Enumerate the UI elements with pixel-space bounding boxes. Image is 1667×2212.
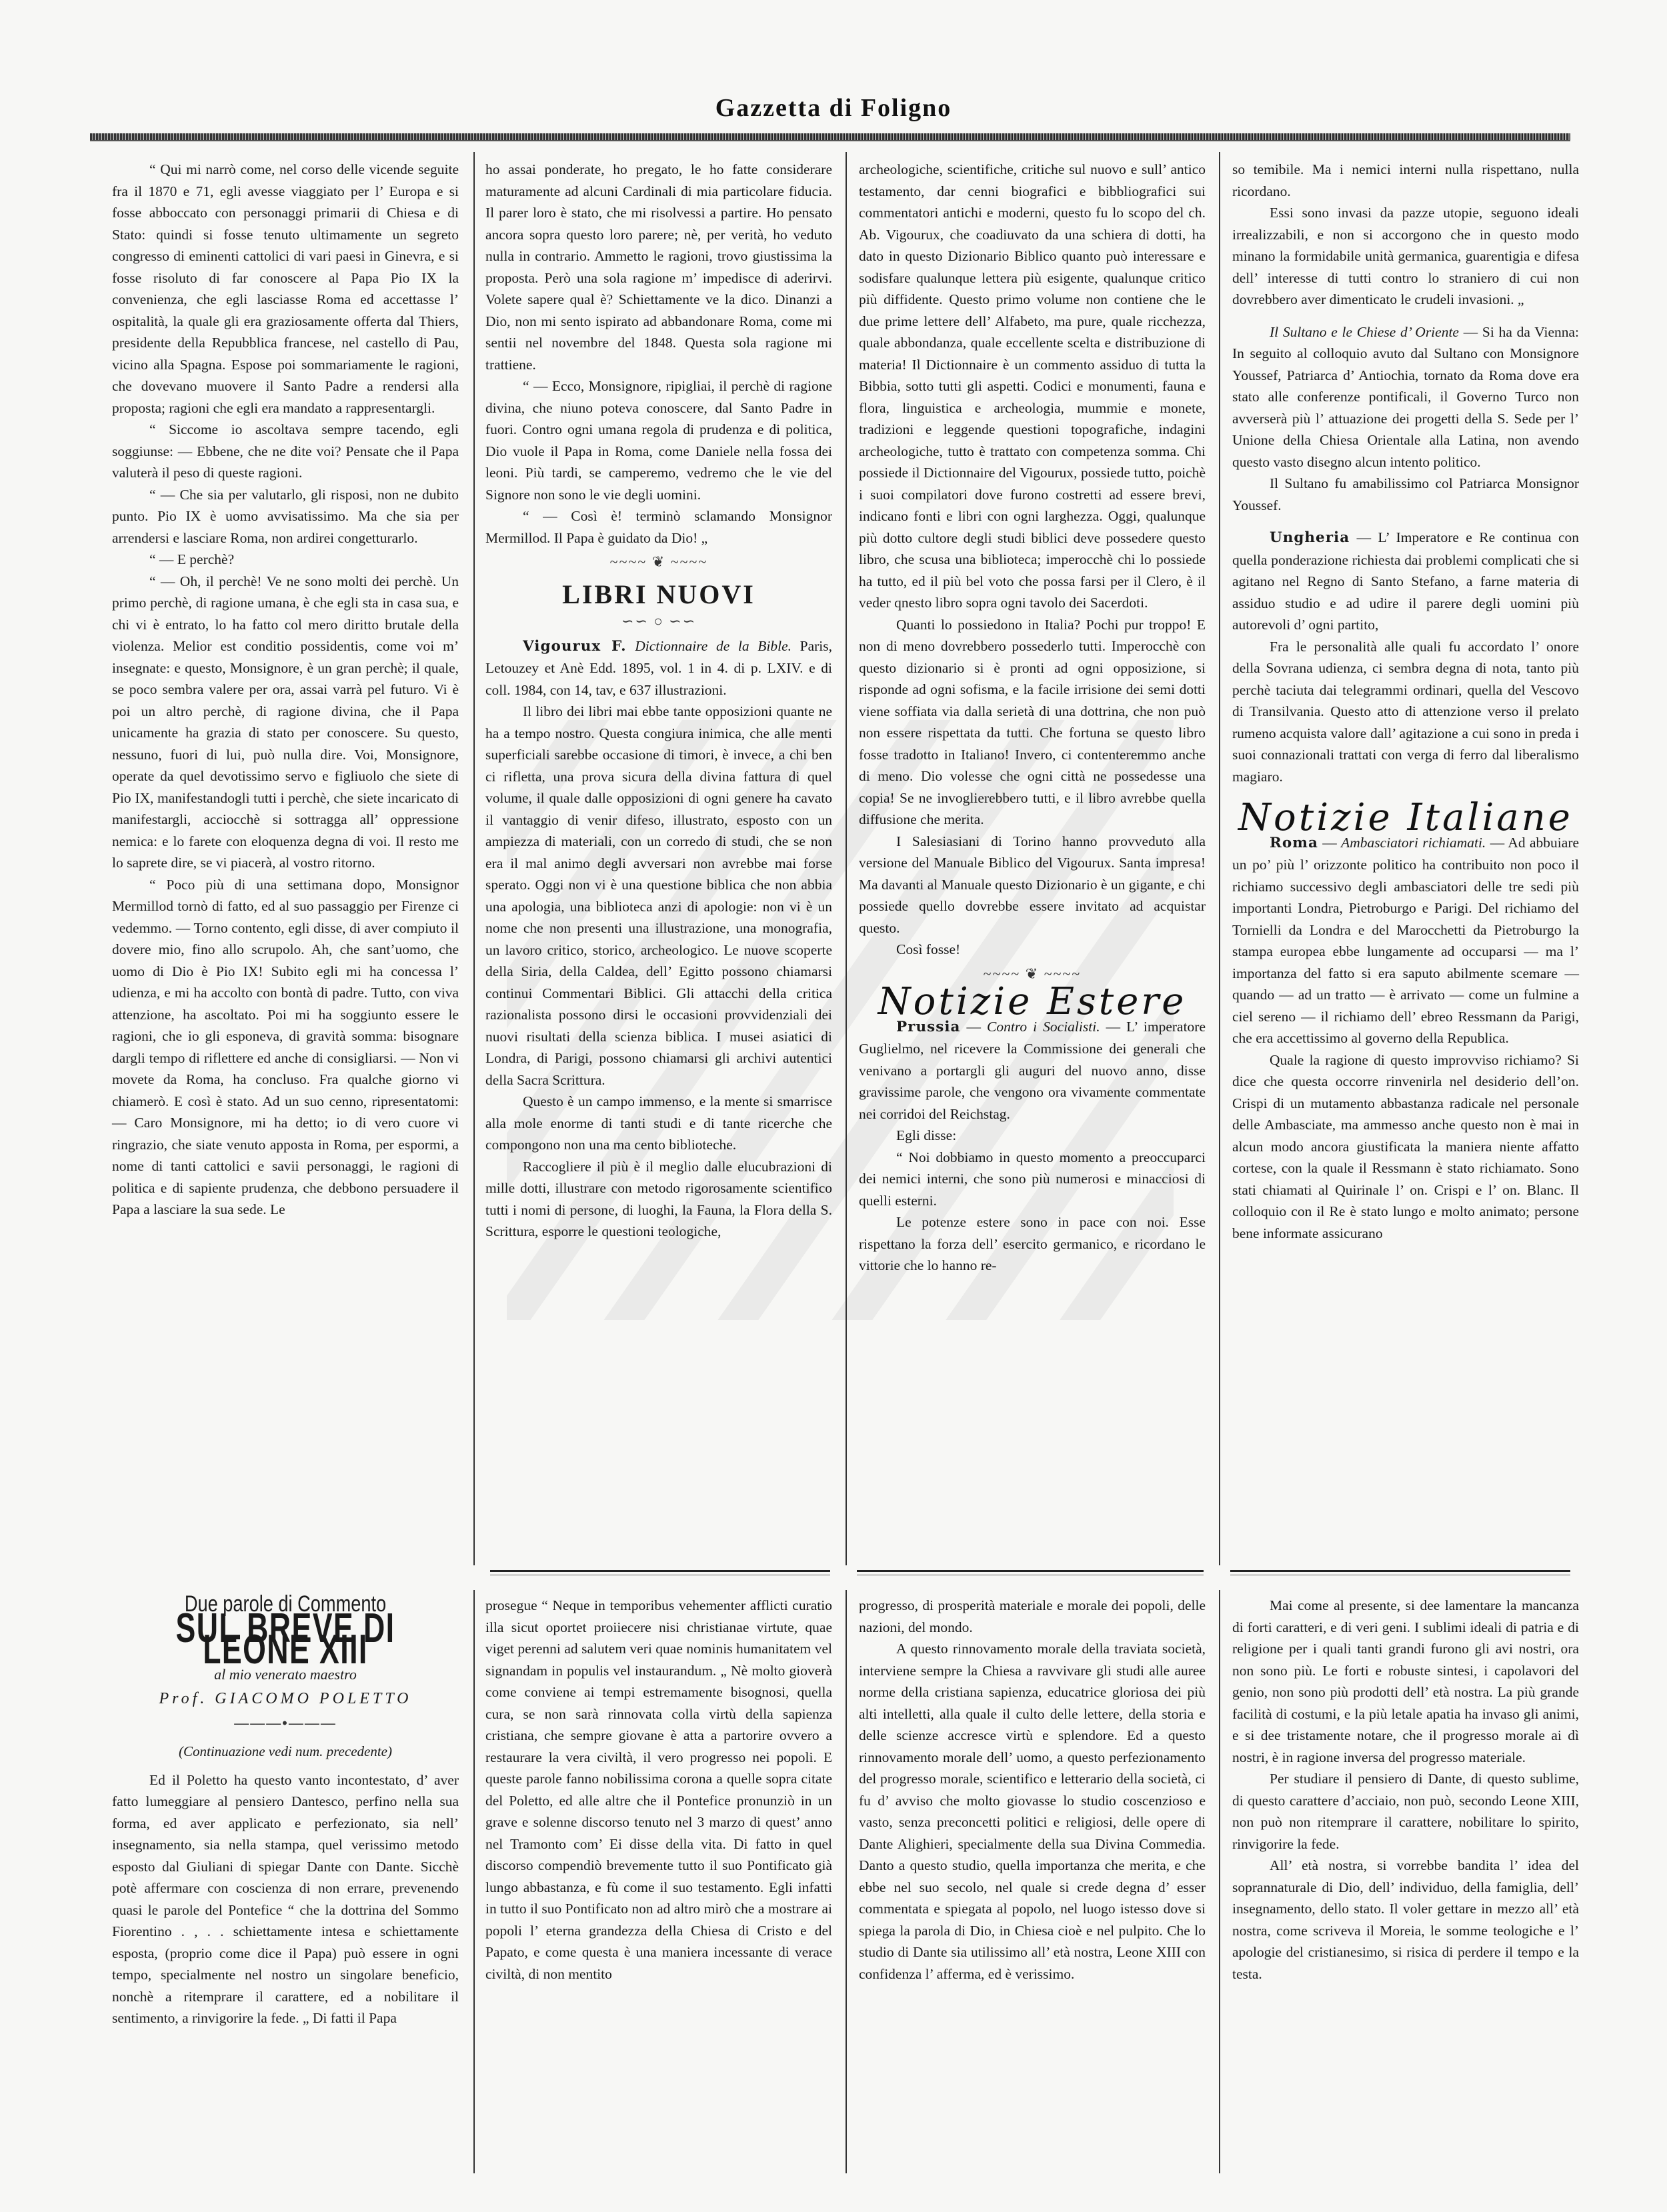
review-paragraph: Il libro dei libri mai ebbe tante opposi… <box>485 701 832 1091</box>
news-text: — Si ha da Vienna: In seguito al colloqu… <box>1232 324 1579 470</box>
article-paragraph: “ — Così è! terminò sclamando Monsignor … <box>485 505 832 549</box>
ornament-small: ∽∽ ○ ∽∽ <box>485 611 832 633</box>
column-divider <box>1219 152 1220 1565</box>
article-paragraph: “ Siccome io ascoltava sempre tacendo, e… <box>112 419 459 484</box>
feuilleton-author: Prof. GIACOMO POLETTO <box>112 1688 459 1710</box>
feuilleton-column-4: Mai come al presente, si dee lamentare l… <box>1232 1595 1579 2181</box>
feuilleton-paragraph: prosegue “ Neque in temporibus vehemente… <box>485 1595 832 1985</box>
column-1-article: “ Qui mi narrò come, nel corso delle vic… <box>112 159 459 1565</box>
column-divider <box>846 1590 847 2173</box>
review-paragraph: Questo è un campo immenso, e la mente si… <box>485 1091 832 1156</box>
feuilleton-paragraph: Mai come al presente, si dee lamentare l… <box>1232 1595 1579 1768</box>
section-rule <box>490 1570 830 1575</box>
newspaper-page: Gazzetta di Foligno “ Qui mi narrò come,… <box>0 0 1667 2212</box>
article-paragraph: “ Qui mi narrò come, nel corso delle vic… <box>112 159 459 419</box>
article-paragraph: “ — Oh, il perchè! Ve ne sono molti dei … <box>112 571 459 874</box>
review-paragraph: Raccogliere il più è il meglio dalle elu… <box>485 1156 832 1243</box>
article-paragraph: “ — Ecco, Monsignore, ripigliai, il perc… <box>485 375 832 505</box>
feuilleton-paragraph: progresso, di prosperità materiale e mor… <box>859 1595 1206 1638</box>
review-paragraph: Quanti lo possiedono in Italia? Pochi pu… <box>859 614 1206 831</box>
feuilleton-heading: Due parole di Commento SUL BREVE DI LEON… <box>112 1593 459 1763</box>
article-paragraph: ho assai ponderate, ho pregato, le ho fa… <box>485 159 832 375</box>
news-headline: Ambasciatori richiamati. <box>1341 835 1486 851</box>
news-paragraph: Il Sultano fu amabilissimo col Patriarca… <box>1232 473 1579 516</box>
article-paragraph: “ — E perchè? <box>112 549 459 571</box>
feuilleton-continuation: (Continuazione vedi num. precedente) <box>112 1741 459 1763</box>
news-item-prussia: Prussia — Contro i Socialisti. — L’ impe… <box>859 1016 1206 1125</box>
column-2-article: ho assai ponderate, ho pregato, le ho fa… <box>485 159 832 1565</box>
feuilleton-column-2: prosegue “ Neque in temporibus vehemente… <box>485 1595 832 2181</box>
news-paragraph: Quale la ragione di questo improvviso ri… <box>1232 1049 1579 1245</box>
ornament-rule: ———•——— <box>112 1713 459 1735</box>
section-rule <box>857 1570 1204 1575</box>
news-item-ungheria: Ungheria — L’ Imperatore e Re continua c… <box>1232 527 1579 636</box>
news-headline: Il Sultano e le Chiese d’ Oriente <box>1270 324 1459 340</box>
column-divider <box>846 152 847 1565</box>
feuilleton-heading-big: SUL BREVE DI LEONE XIII <box>161 1618 410 1661</box>
masthead-title: Gazzetta di Foligno <box>0 93 1667 123</box>
column-divider <box>473 1590 475 2173</box>
news-item-sultano: Il Sultano e le Chiese d’ Oriente — Si h… <box>1232 321 1579 473</box>
column-4-article: so temibile. Ma i nemici interni nulla r… <box>1232 159 1579 1565</box>
news-place: Prussia <box>896 1019 960 1035</box>
feuilleton-paragraph: Per studiare il pensiero di Dante, di qu… <box>1232 1768 1579 1855</box>
review-paragraph: I Salesiasiani di Torino hanno provvedut… <box>859 831 1206 939</box>
news-paragraph: Le potenze estere sono in pace con noi. … <box>859 1211 1206 1277</box>
section-title-notizie-estere: Notizie Estere <box>859 991 1206 1013</box>
column-3-article: archeologiche, scientifiche, critiche su… <box>859 159 1206 1565</box>
news-headline: Contro i Socialisti. <box>987 1019 1100 1035</box>
book-entry: Vigourux F. Dictionnaire de la Bible. Pa… <box>485 635 832 701</box>
review-paragraph: archeologiche, scientifiche, critiche su… <box>859 159 1206 614</box>
book-author: Vigourux F. <box>523 638 627 655</box>
book-title: Dictionnaire de la Bible. <box>635 638 791 654</box>
section-rule <box>1230 1570 1570 1575</box>
review-closing: Così fosse! <box>859 939 1206 961</box>
news-paragraph: Essi sono invasi da pazze utopie, seguon… <box>1232 202 1579 311</box>
news-text: — Ad abbuiare un po’ più l’ orizzonte po… <box>1232 835 1579 1047</box>
article-paragraph: “ Poco più di una settimana dopo, Monsig… <box>112 874 459 1221</box>
news-paragraph: “ Noi dobbiamo in questo momento a preoc… <box>859 1147 1206 1212</box>
feuilleton-paragraph: All’ età nostra, si vorrebbe bandita l’ … <box>1232 1855 1579 1985</box>
article-paragraph: “ — Che sia per valutarlo, gli risposi, … <box>112 484 459 549</box>
feuilleton-paragraph: Ed il Poletto ha questo vanto incontesta… <box>112 1769 459 2029</box>
masthead-rule <box>90 133 1570 141</box>
column-divider <box>1219 1590 1220 2173</box>
news-item-roma: Roma — Ambasciatori richiamati. — Ad abb… <box>1232 832 1579 1049</box>
section-title-libri-nuovi: LIBRI NUOVI <box>485 584 832 606</box>
feuilleton-paragraph: A questo rinnovamento morale della travi… <box>859 1638 1206 1985</box>
news-place: Ungheria <box>1270 529 1350 546</box>
ornament-divider: ~~~~ ❦ ~~~~ <box>485 551 832 573</box>
feuilleton-column-1: Due parole di Commento SUL BREVE DI LEON… <box>112 1593 459 2180</box>
news-paragraph: so temibile. Ma i nemici interni nulla r… <box>1232 159 1579 202</box>
news-place: Roma <box>1270 835 1318 851</box>
news-paragraph: Egli disse: <box>859 1125 1206 1147</box>
news-paragraph: Fra le personalità alle quali fu accorda… <box>1232 636 1579 788</box>
column-divider <box>473 152 475 1565</box>
section-title-notizie-italiane: Notizie Italiane <box>1232 807 1579 829</box>
feuilleton-column-3: progresso, di prosperità materiale e mor… <box>859 1595 1206 2181</box>
